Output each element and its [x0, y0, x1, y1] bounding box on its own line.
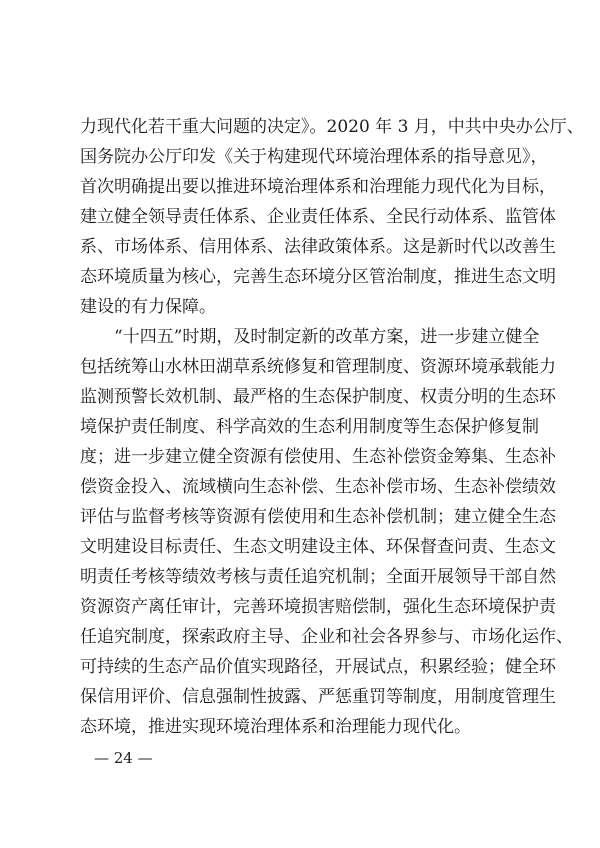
text-line: 力现代化若干重大问题的决定》。2020 年 3 月，中共中央办公厅、	[80, 112, 522, 142]
text-line: 包括统筹山水林田湖草系统修复和管理制度、资源环境承载能力	[80, 352, 522, 382]
text-line: 评估与监督考核等资源有偿使用和生态补偿机制；建立健全生态	[80, 502, 522, 532]
text-line: 资源资产离任审计，完善环境损害赔偿制，强化生态环境保护责	[80, 592, 522, 622]
text-line: 文明建设目标责任、生态文明建设主体、环保督查问责、生态文	[80, 532, 522, 562]
text-line: 偿资金投入、流域横向生态补偿、生态补偿市场、生态补偿绩效	[80, 472, 522, 502]
document-page: 力现代化若干重大问题的决定》。2020 年 3 月，中共中央办公厅、 国务院办公…	[0, 0, 600, 848]
text-line: 可持续的生态产品价值实现路径，开展试点，积累经验；健全环	[80, 652, 522, 682]
text-line: 系、市场体系、信用体系、法律政策体系。这是新时代以改善生	[80, 232, 522, 262]
text-line: 监测预警长效机制、最严格的生态保护制度、权责分明的生态环	[80, 382, 522, 412]
body-text: 力现代化若干重大问题的决定》。2020 年 3 月，中共中央办公厅、 国务院办公…	[80, 112, 522, 742]
text-line: 态环境，推进实现环境治理体系和治理能力现代化。	[80, 712, 522, 742]
text-line: 度；进一步建立健全资源有偿使用、生态补偿资金筹集、生态补	[80, 442, 522, 472]
page-number: — 24 —	[94, 748, 153, 768]
text-line: 明责任考核等绩效考核与责任追究机制；全面开展领导干部自然	[80, 562, 522, 592]
text-line: 国务院办公厅印发《关于构建现代环境治理体系的指导意见》，	[80, 142, 522, 172]
text-line: 保信用评价、信息强制性披露、严惩重罚等制度，用制度管理生	[80, 682, 522, 712]
text-line: “十四五”时期，及时制定新的改革方案，进一步建立健全	[80, 322, 522, 352]
text-line: 建设的有力保障。	[80, 292, 522, 322]
text-line: 态环境质量为核心，完善生态环境分区管治制度，推进生态文明	[80, 262, 522, 292]
text-line: 境保护责任制度、科学高效的生态利用制度等生态保护修复制	[80, 412, 522, 442]
text-line: 建立健全领导责任体系、企业责任体系、全民行动体系、监管体	[80, 202, 522, 232]
text-line: 首次明确提出要以推进环境治理体系和治理能力现代化为目标，	[80, 172, 522, 202]
text-line: 任追究制度，探索政府主导、企业和社会各界参与、市场化运作、	[80, 622, 522, 652]
